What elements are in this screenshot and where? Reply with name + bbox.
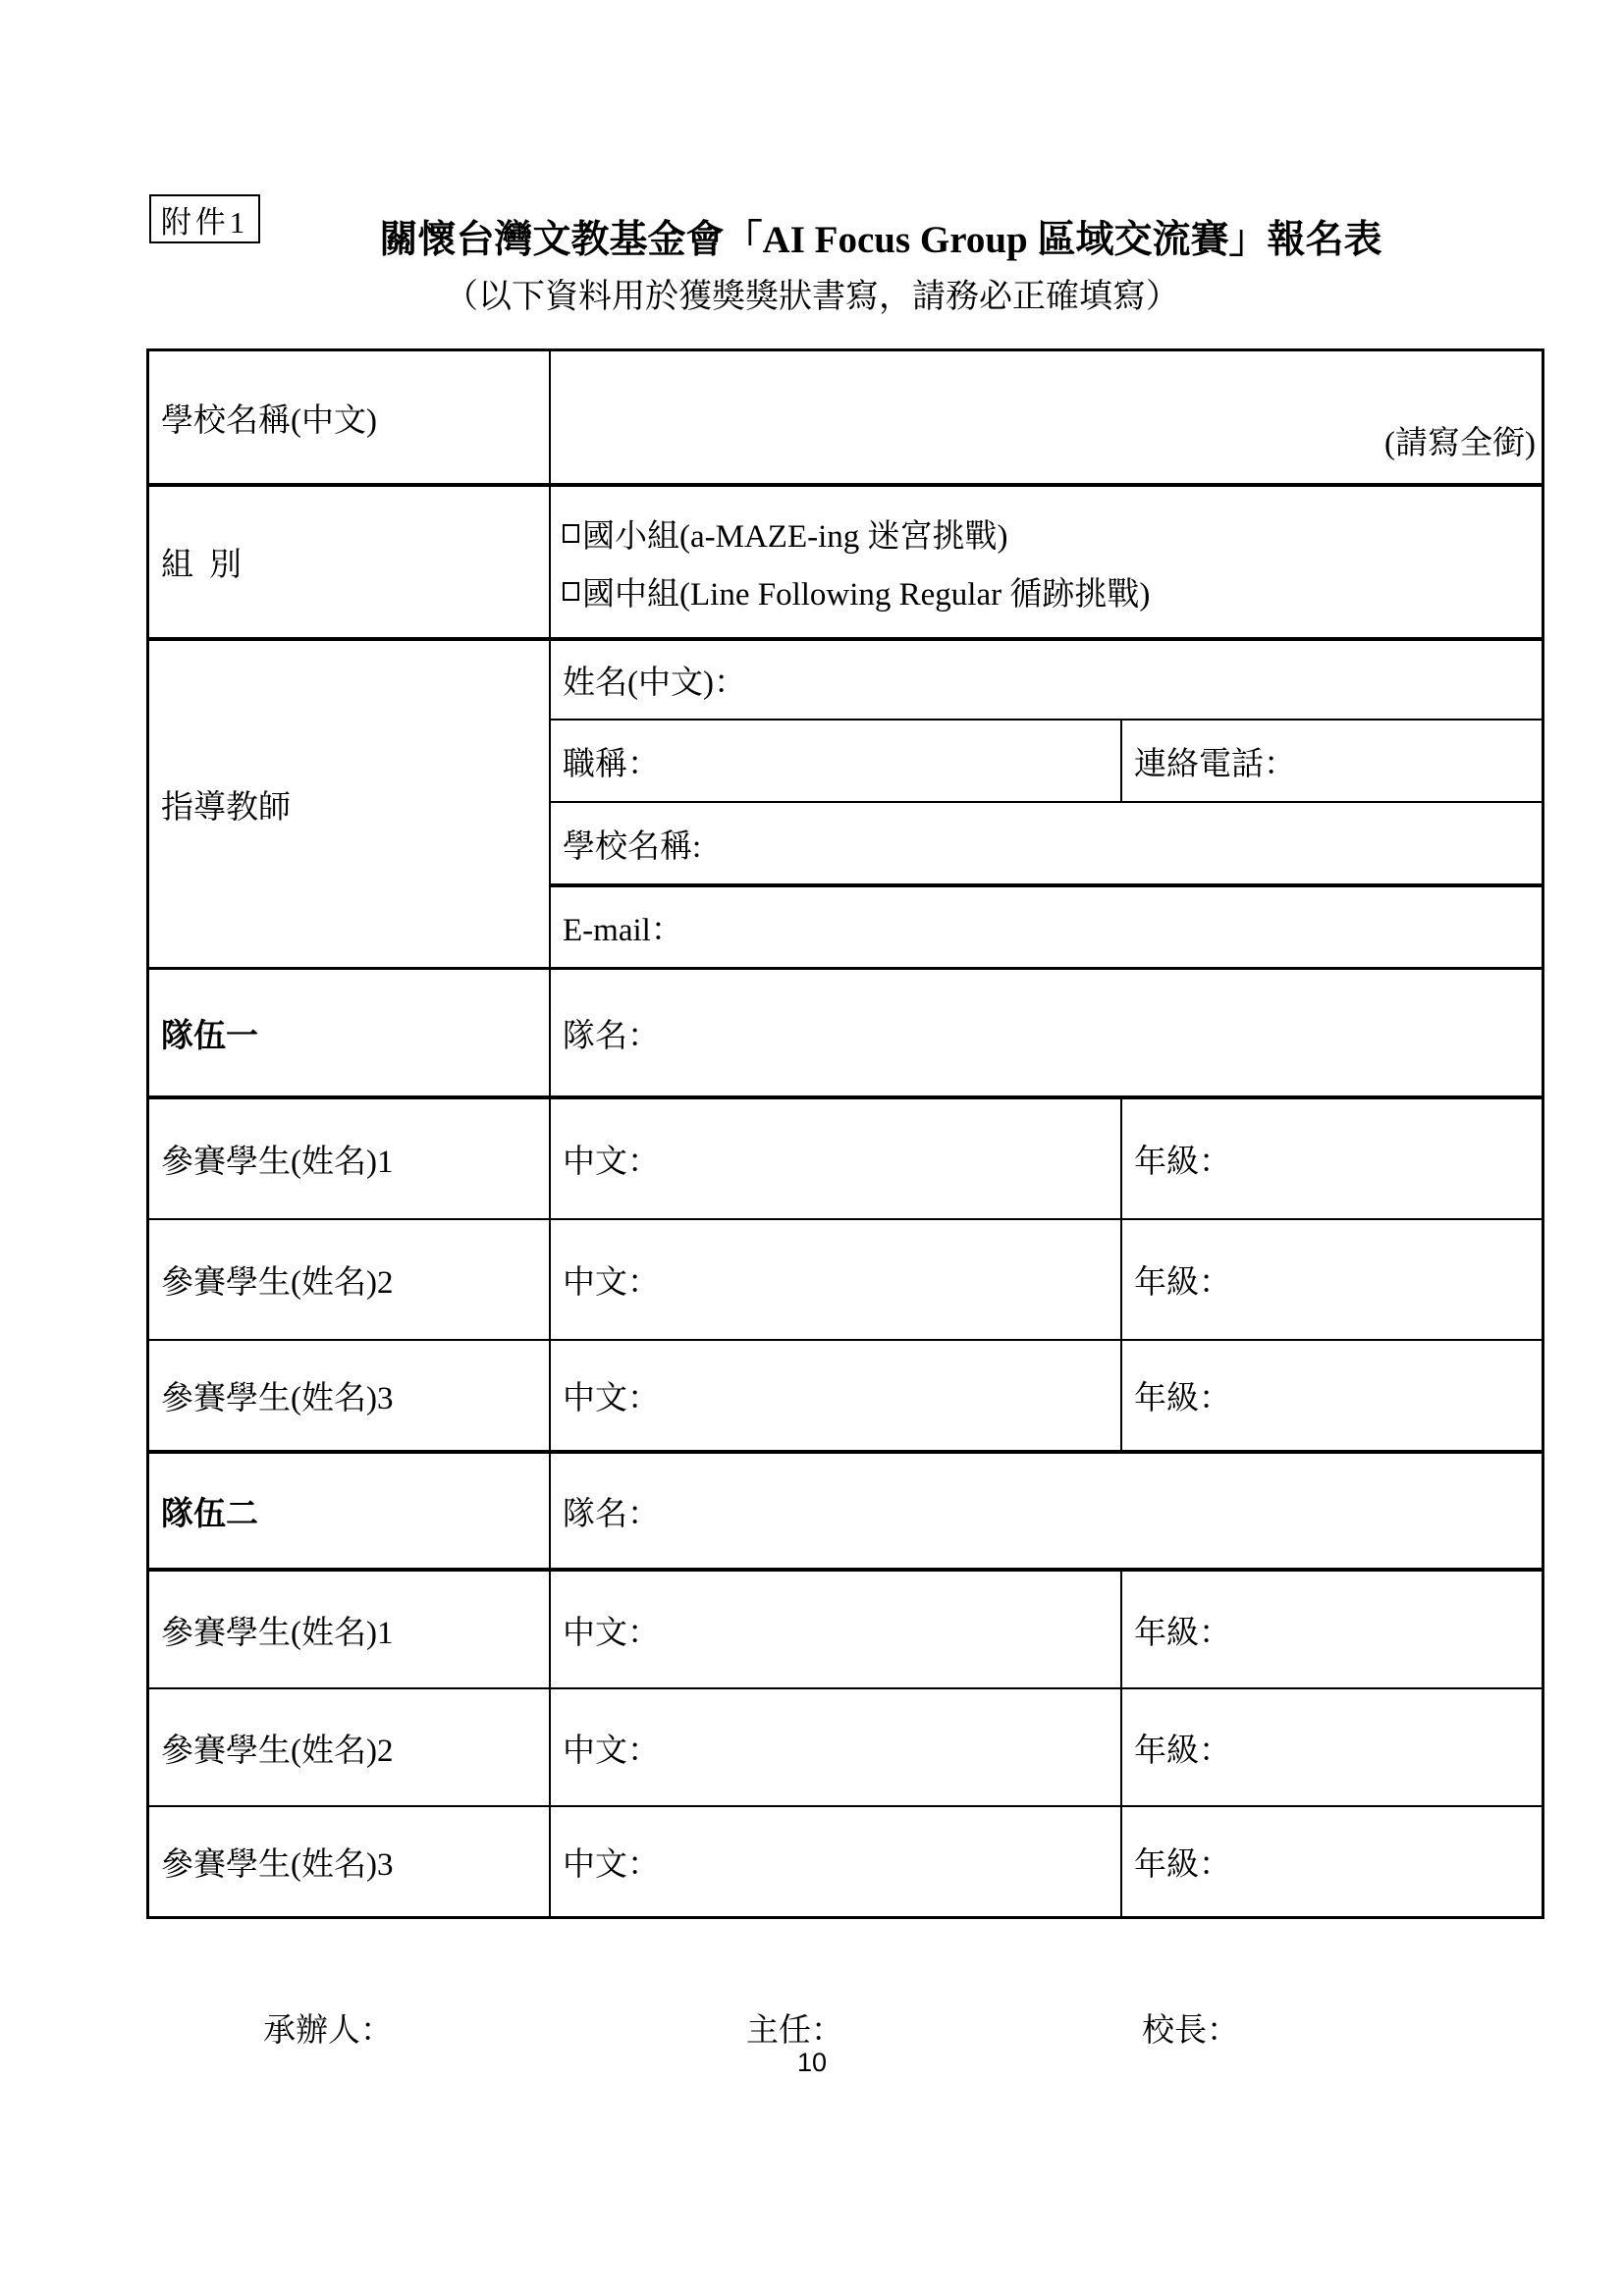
team1-student3-grade-cell[interactable]: 年級： xyxy=(1122,1341,1542,1454)
team1-label: 隊伍一 xyxy=(149,970,551,1099)
principal-signature-label: 校長： xyxy=(1142,2004,1239,2051)
team2-student3-grade-cell[interactable]: 年級： xyxy=(1122,1807,1542,1916)
director-signature-label: 主任： xyxy=(746,2004,843,2051)
page-title: 關懷台灣文教基金會「AI Focus Group 區域交流賽」報名表 xyxy=(137,209,1624,264)
group-options-cell: 國小組(a-MAZE-ing 迷宮挑戰) 國中組(Line Following … xyxy=(551,487,1542,641)
group-option-elementary-label: 國小組(a-MAZE-ing 迷宮挑戰) xyxy=(582,510,1008,557)
teacher-school-cell[interactable]: 學校名稱: xyxy=(551,803,1542,887)
document-page: 附件1 關懷台灣文教基金會「AI Focus Group 區域交流賽」報名表 （… xyxy=(0,0,1624,2296)
group-label: 組別 xyxy=(149,487,551,641)
team2-student2-label: 參賽學生(姓名)2 xyxy=(149,1689,551,1807)
clerk-signature-label: 承辦人： xyxy=(263,2004,393,2051)
teacher-phone-cell[interactable]: 連絡電話： xyxy=(1122,721,1542,803)
team1-student1-cn-cell[interactable]: 中文： xyxy=(551,1099,1122,1220)
team2-student1-label: 參賽學生(姓名)1 xyxy=(149,1572,551,1689)
checkbox-junior-icon[interactable] xyxy=(563,582,579,601)
team1-name-cell[interactable]: 隊名： xyxy=(551,970,1542,1099)
teacher-name-cell[interactable]: 姓名(中文)： xyxy=(551,641,1542,721)
page-subtitle: （以下資料用於獲獎獎狀書寫，請務必正確填寫） xyxy=(0,269,1624,317)
team1-student3-label: 參賽學生(姓名)3 xyxy=(149,1341,551,1454)
school-name-label: 學校名稱(中文) xyxy=(149,351,551,487)
team1-student3-cn-cell[interactable]: 中文： xyxy=(551,1341,1122,1454)
teacher-label: 指導教師 xyxy=(149,641,551,970)
page-number: 10 xyxy=(0,2048,1624,2078)
team2-student1-grade-cell[interactable]: 年級： xyxy=(1122,1572,1542,1689)
group-option-junior[interactable]: 國中組(Line Following Regular 循跡挑戰) xyxy=(563,568,1150,614)
teacher-email-cell[interactable]: E-mail： xyxy=(551,887,1542,970)
team2-name-cell[interactable]: 隊名： xyxy=(551,1454,1542,1572)
team2-student3-cn-cell[interactable]: 中文： xyxy=(551,1807,1122,1916)
team2-label: 隊伍二 xyxy=(149,1454,551,1572)
team1-student1-label: 參賽學生(姓名)1 xyxy=(149,1099,551,1220)
team1-student2-grade-cell[interactable]: 年級： xyxy=(1122,1220,1542,1341)
group-option-elementary[interactable]: 國小組(a-MAZE-ing 迷宮挑戰) xyxy=(563,510,1008,557)
team1-student2-label: 參賽學生(姓名)2 xyxy=(149,1220,551,1341)
team2-student3-label: 參賽學生(姓名)3 xyxy=(149,1807,551,1916)
school-name-input-cell[interactable]: (請寫全銜) xyxy=(551,351,1542,487)
registration-form-table: 學校名稱(中文) (請寫全銜) 組別 國小組(a-MAZE-ing 迷宮挑戰) … xyxy=(146,348,1544,1919)
team2-student2-cn-cell[interactable]: 中文： xyxy=(551,1689,1122,1807)
team2-student2-grade-cell[interactable]: 年級： xyxy=(1122,1689,1542,1807)
team1-student1-grade-cell[interactable]: 年級： xyxy=(1122,1099,1542,1220)
teacher-title-cell[interactable]: 職稱： xyxy=(551,721,1122,803)
group-option-junior-label: 國中組(Line Following Regular 循跡挑戰) xyxy=(582,568,1150,614)
team1-student2-cn-cell[interactable]: 中文： xyxy=(551,1220,1122,1341)
checkbox-elementary-icon[interactable] xyxy=(563,524,579,543)
school-name-hint: (請寫全銜) xyxy=(1384,417,1536,463)
team2-student1-cn-cell[interactable]: 中文： xyxy=(551,1572,1122,1689)
